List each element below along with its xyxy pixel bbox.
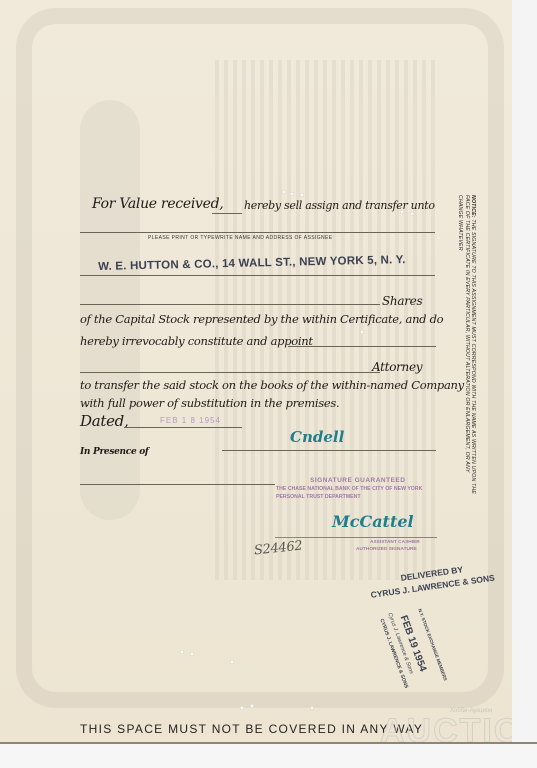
shares-line — [80, 304, 380, 305]
auction-watermark: AUCTION — [380, 712, 512, 742]
witness-line — [80, 484, 275, 485]
perforation — [180, 650, 184, 654]
perforation — [230, 660, 234, 664]
for-value-text: For Value received, — [92, 196, 223, 212]
perforation — [250, 704, 254, 708]
assignee-line — [80, 232, 435, 233]
guarantee-line4: ASSISTANT CASHIER — [370, 540, 420, 545]
guarantee-line3: PERSONAL TRUST DEPARTMENT — [276, 494, 361, 500]
guarantor-signature: McCattel — [332, 512, 414, 531]
notice-vertical: NOTICE: THE SIGNATURE TO THIS ASSIGNMENT… — [457, 195, 476, 495]
scan-margin-bottom — [0, 742, 537, 768]
footer-notice: THIS SPACE MUST NOT BE COVERED IN ANY WA… — [80, 722, 423, 736]
signature-line — [222, 450, 436, 451]
scan-margin-right — [512, 0, 537, 768]
owner-signature: Cndell — [290, 428, 344, 446]
hereby-sell-text: hereby sell assign and transfer unto — [244, 199, 435, 212]
date-stamp: FEB 1 8 1954 — [160, 416, 221, 425]
guarantee-line1: SIGNATURE GUARANTEED — [310, 477, 405, 484]
guarantee-line2: THE CHASE NATIONAL BANK OF THE CITY OF N… — [276, 486, 422, 492]
attorney-name-line — [288, 346, 436, 347]
capital-stock-text: of the Capital Stock represented by the … — [80, 312, 443, 326]
perforation — [310, 706, 314, 710]
attorney-line — [80, 372, 380, 373]
bleed-through-vignette — [80, 100, 140, 520]
attorney-label: Attorney — [372, 360, 422, 374]
perforation — [190, 652, 194, 656]
appoint-text: hereby irrevocably constitute and appoin… — [80, 334, 313, 348]
perforation — [282, 190, 286, 194]
date-line — [124, 427, 242, 428]
notice-text: THE SIGNATURE TO THIS ASSIGNMENT MUST CO… — [457, 195, 476, 494]
perforation — [360, 330, 364, 334]
assignee-instruction: PLEASE PRINT OR TYPEWRITE NAME AND ADDRE… — [148, 235, 333, 241]
dated-label: Dated, — [80, 412, 128, 430]
presence-label: In Presence of — [80, 447, 148, 457]
certificate-back: For Value received, hereby sell assign a… — [0, 0, 512, 742]
perforation — [300, 193, 304, 197]
transfer-text: to transfer the said stock on the books … — [80, 378, 464, 392]
assignee-address-line — [80, 275, 435, 276]
substitution-text: with full power of substitution in the p… — [80, 396, 339, 410]
grantor-line — [212, 213, 242, 214]
perforation — [240, 706, 244, 710]
notice-heading: NOTICE: — [470, 195, 476, 218]
perforation — [400, 210, 404, 214]
guarantee-line5: AUTHORIZED SIGNATURE — [356, 547, 417, 552]
shares-label: Shares — [382, 294, 422, 308]
perforation — [410, 212, 414, 216]
perforation — [290, 192, 294, 196]
